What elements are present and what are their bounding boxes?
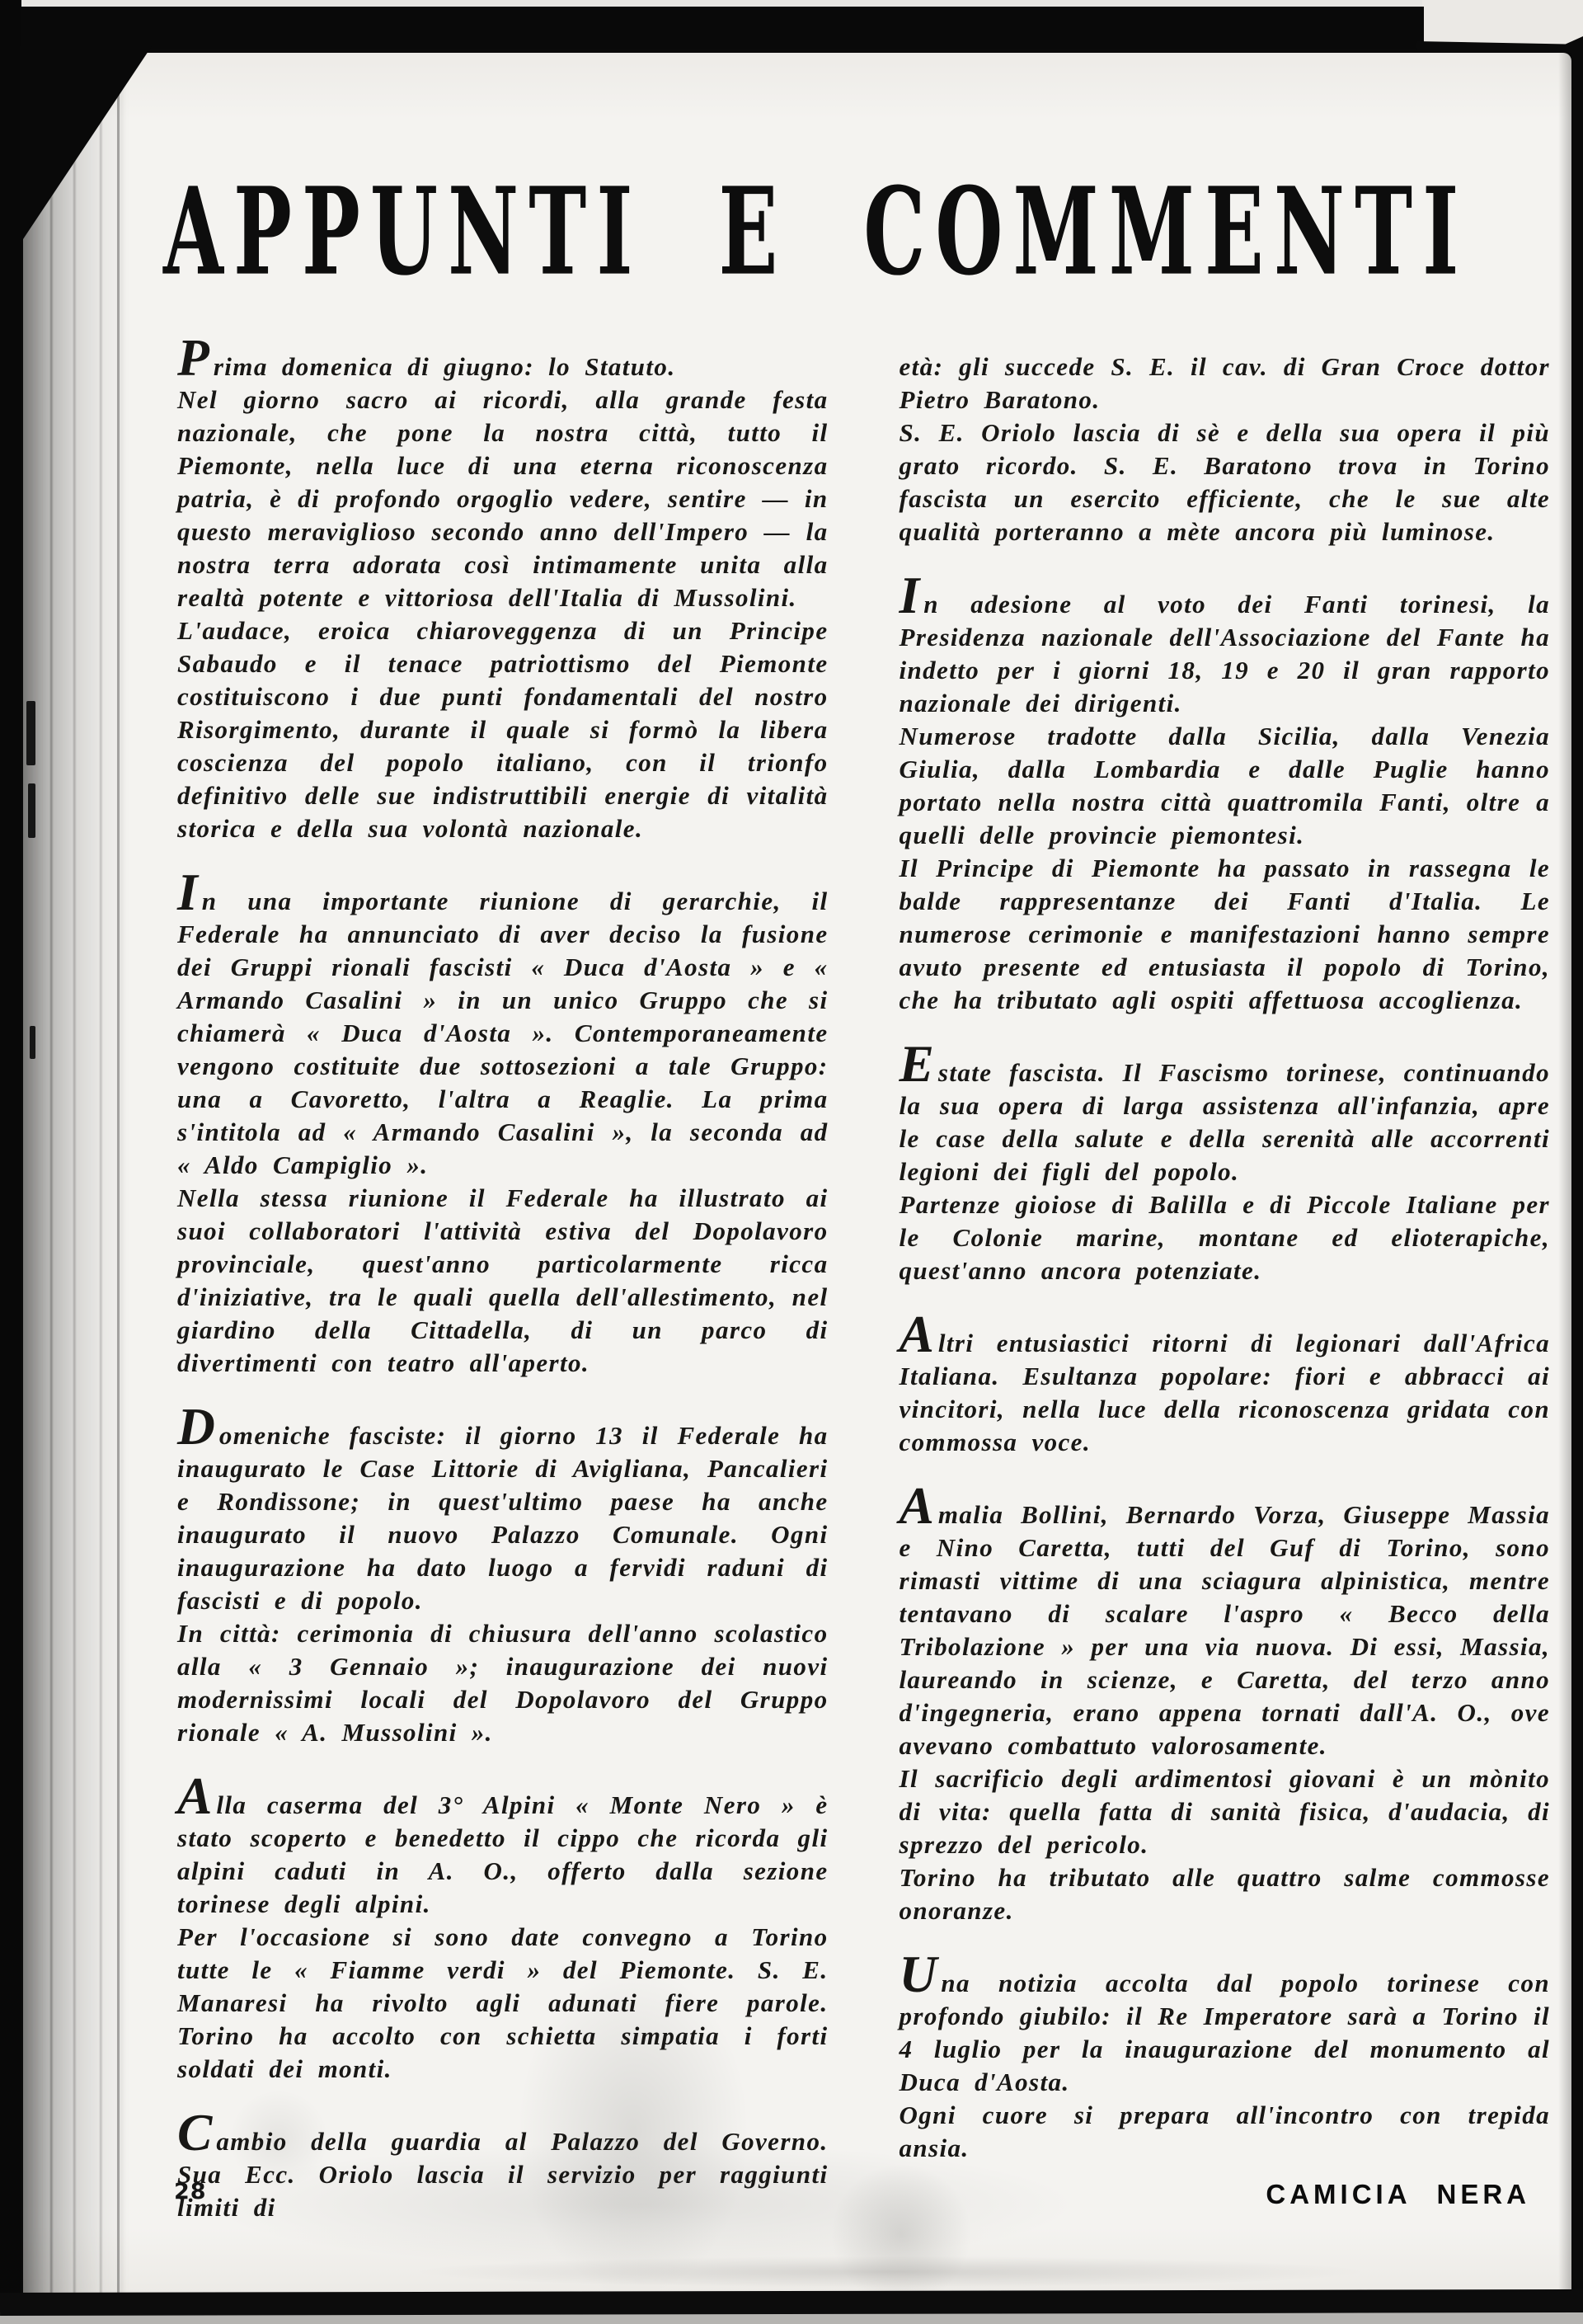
paragraph: Amalia Bollini, Bernardo Vorza, Giuseppe… [900,1498,1551,1762]
article-item: Domeniche fasciste: il giorno 13 il Fede… [177,1419,829,1749]
paragraph-initial-cap: C [177,2103,212,2162]
paragraph-text: omeniche fasciste: il giorno 13 il Feder… [177,1421,829,1615]
paragraph-text: ltri entusiastici ritorni di legionari d… [900,1329,1551,1456]
paragraph-initial-cap: A [900,1476,934,1535]
ink-mark [26,701,35,765]
paragraph: Il sacrificio degli ardimentosi giovani … [900,1762,1551,1861]
paragraph: In una importante riunione di gerarchie,… [177,885,829,1182]
paragraph: Una notizia accolta dal popolo torinese … [900,1967,1551,2099]
ink-mark [28,783,35,838]
paragraph-initial-cap: P [177,328,209,387]
paragraph-text: state fascista. Il Fascismo torinese, co… [900,1058,1551,1186]
paragraph-initial-cap: A [900,1305,934,1363]
paragraph: S. E. Oriolo lascia di sè e della sua op… [900,416,1551,548]
paragraph-text: n adesione al voto dei Fanti torinesi, l… [900,590,1551,717]
article-item: In adesione al voto dei Fanti torinesi, … [900,588,1551,1017]
paragraph: In adesione al voto dei Fanti torinesi, … [900,588,1551,720]
right-column: età: gli succede S. E. il cav. di Gran C… [900,350,1551,2224]
paragraph: Nella stessa riunione il Federale ha ill… [177,1182,829,1380]
paragraph-text: rima domenica di giugno: lo Statuto. [214,352,676,381]
scan-top-right-fill [1422,0,1583,45]
paragraph: Numerose tradotte dalla Sicilia, dalla V… [900,720,1551,852]
scan-left-border [0,0,21,2324]
paragraph-initial-cap: D [177,1397,215,1456]
paragraph-text: ambio della guardia al Palazzo del Gover… [177,2127,829,2222]
paragraph: Altri entusiastici ritorni di legionari … [900,1327,1551,1459]
article-item: età: gli succede S. E. il cav. di Gran C… [900,350,1551,548]
author-signature: CAMICIA NERA [900,2178,1551,2211]
article-item: Alla caserma del 3° Alpini « Monte Nero … [177,1789,829,2086]
article-item: Cambio della guardia al Palazzo del Gove… [177,2125,829,2224]
book-page-edges [23,53,130,2294]
paragraph: Prima domenica di giugno: lo Statuto. [177,350,829,383]
magazine-page-paper: APPUNTI E COMMENTI Prima domenica di giu… [23,53,1571,2294]
paragraph-text: lla caserma del 3° Alpini « Monte Nero »… [177,1790,829,1918]
article-item: Altri entusiastici ritorni di legionari … [900,1327,1551,1459]
article-item: Una notizia accolta dal popolo torinese … [900,1967,1551,2165]
ink-mark [30,1026,35,1059]
paragraph: Estate fascista. Il Fascismo torinese, c… [900,1056,1551,1188]
paragraph: In città: cerimonia di chiusura dell'ann… [177,1617,829,1749]
page-crease-line [117,53,120,2294]
paragraph: Nel giorno sacro ai ricordi, alla grande… [177,383,829,614]
scan-bottom-border [0,2289,1583,2316]
article-item: Amalia Bollini, Bernardo Vorza, Giuseppe… [900,1498,1551,1927]
left-column: Prima domenica di giugno: lo Statuto.Nel… [177,350,829,2224]
page-right-shadow [1558,53,1571,2294]
article-item: Estate fascista. Il Fascismo torinese, c… [900,1056,1551,1287]
paragraph-text: na notizia accolta dal popolo torinese c… [900,1969,1551,2096]
page-title: APPUNTI E COMMENTI [163,156,1456,309]
paragraph-text: malia Bollini, Bernardo Vorza, Giuseppe … [900,1500,1551,1760]
paragraph: Cambio della guardia al Palazzo del Gove… [177,2125,829,2224]
paragraph: Domeniche fasciste: il giorno 13 il Fede… [177,1419,829,1617]
paragraph: Ogni cuore si prepara all'incontro con t… [900,2099,1551,2165]
paragraph: L'audace, eroica chiaroveggenza di un Pr… [177,614,829,845]
paragraph-text: n una importante riunione di gerarchie, … [177,887,829,1179]
paragraph: età: gli succede S. E. il cav. di Gran C… [900,350,1551,416]
paragraph: Per l'occasione si sono date convegno a … [177,1921,829,2086]
article-item: In una importante riunione di gerarchie,… [177,885,829,1380]
scanned-magazine-page: APPUNTI E COMMENTI Prima domenica di giu… [0,0,1583,2324]
paragraph-initial-cap: I [900,566,920,624]
scan-top-border [0,7,1424,49]
paragraph: Partenze gioiose di Balilla e di Piccole… [900,1188,1551,1287]
page-number: 28 [174,2179,207,2204]
paragraph-initial-cap: I [177,863,198,921]
paragraph-initial-cap: E [900,1034,934,1093]
paragraph: Il Principe di Piemonte ha passato in ra… [900,852,1551,1017]
paragraph-initial-cap: A [177,1767,212,1825]
paragraph: Torino ha tributato alle quattro salme c… [900,1861,1551,1927]
article-item: Prima domenica di giugno: lo Statuto.Nel… [177,350,829,845]
paragraph-initial-cap: U [900,1945,937,2003]
article-columns: Prima domenica di giugno: lo Statuto.Nel… [177,350,1550,2224]
paragraph: Alla caserma del 3° Alpini « Monte Nero … [177,1789,829,1921]
